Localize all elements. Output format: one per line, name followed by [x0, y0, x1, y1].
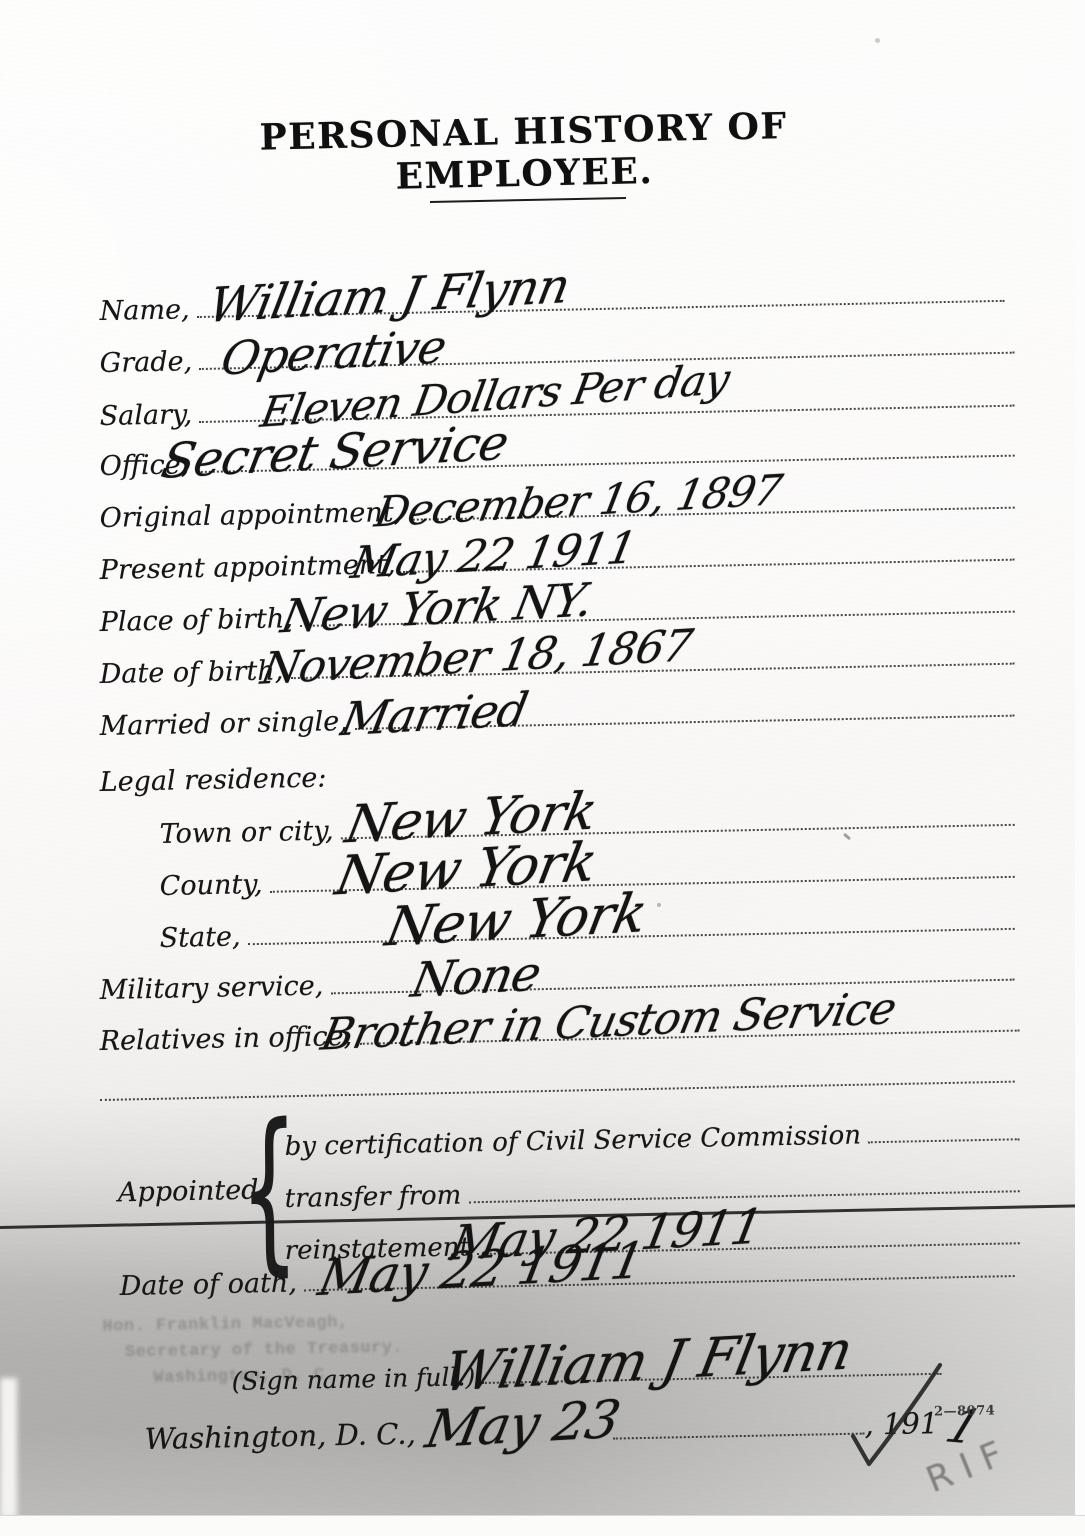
- field-value-handwritten: Married: [338, 689, 530, 741]
- field-label: Date of birth,: [99, 657, 283, 688]
- scan-speck: [657, 903, 661, 907]
- field-value-handwritten: Operative: [218, 326, 449, 380]
- city-label: Washington, D. C.,: [144, 1420, 416, 1454]
- field-label: Date of oath,: [119, 1269, 297, 1300]
- sign-name-label: (Sign name in full.): [231, 1364, 475, 1394]
- field-label: Salary,: [99, 401, 192, 430]
- dotted-line: [613, 1433, 864, 1440]
- appointed-label: Appointed: [118, 1177, 259, 1207]
- ghost-line: Hon. Franklin MacVeagh,: [102, 1312, 403, 1336]
- field-label: Name,: [99, 296, 189, 325]
- field-label: Town or city,: [159, 818, 333, 848]
- dotted-line: [868, 1138, 1020, 1143]
- field-label: Legal residence:: [99, 764, 326, 796]
- field-value-handwritten: New York: [382, 890, 650, 953]
- date-day-handwritten: May 23: [422, 1397, 623, 1454]
- field-label: Grade,: [99, 348, 192, 377]
- field-label: County,: [159, 871, 262, 900]
- field-value-handwritten: None: [408, 953, 544, 1003]
- field-label: Place of birth,: [99, 605, 293, 636]
- field-label: Military service,: [99, 973, 323, 1004]
- field-label: Relatives in office,: [99, 1023, 352, 1055]
- scanner-edge-bottom: [0, 1515, 1085, 1536]
- scanner-edge-right: [1075, 0, 1085, 1536]
- field-label: State,: [159, 923, 240, 952]
- paper-edge-left: [0, 1378, 17, 1518]
- field-label: Original appointment,: [99, 499, 402, 532]
- page-title: PERSONAL HISTORY OF EMPLOYEE.: [193, 104, 855, 202]
- scan-speck: [875, 38, 880, 43]
- field-label: Married or single,: [99, 708, 348, 740]
- field-row-legal-residence: Legal residence:: [99, 742, 500, 796]
- option-label: transfer from: [284, 1182, 461, 1212]
